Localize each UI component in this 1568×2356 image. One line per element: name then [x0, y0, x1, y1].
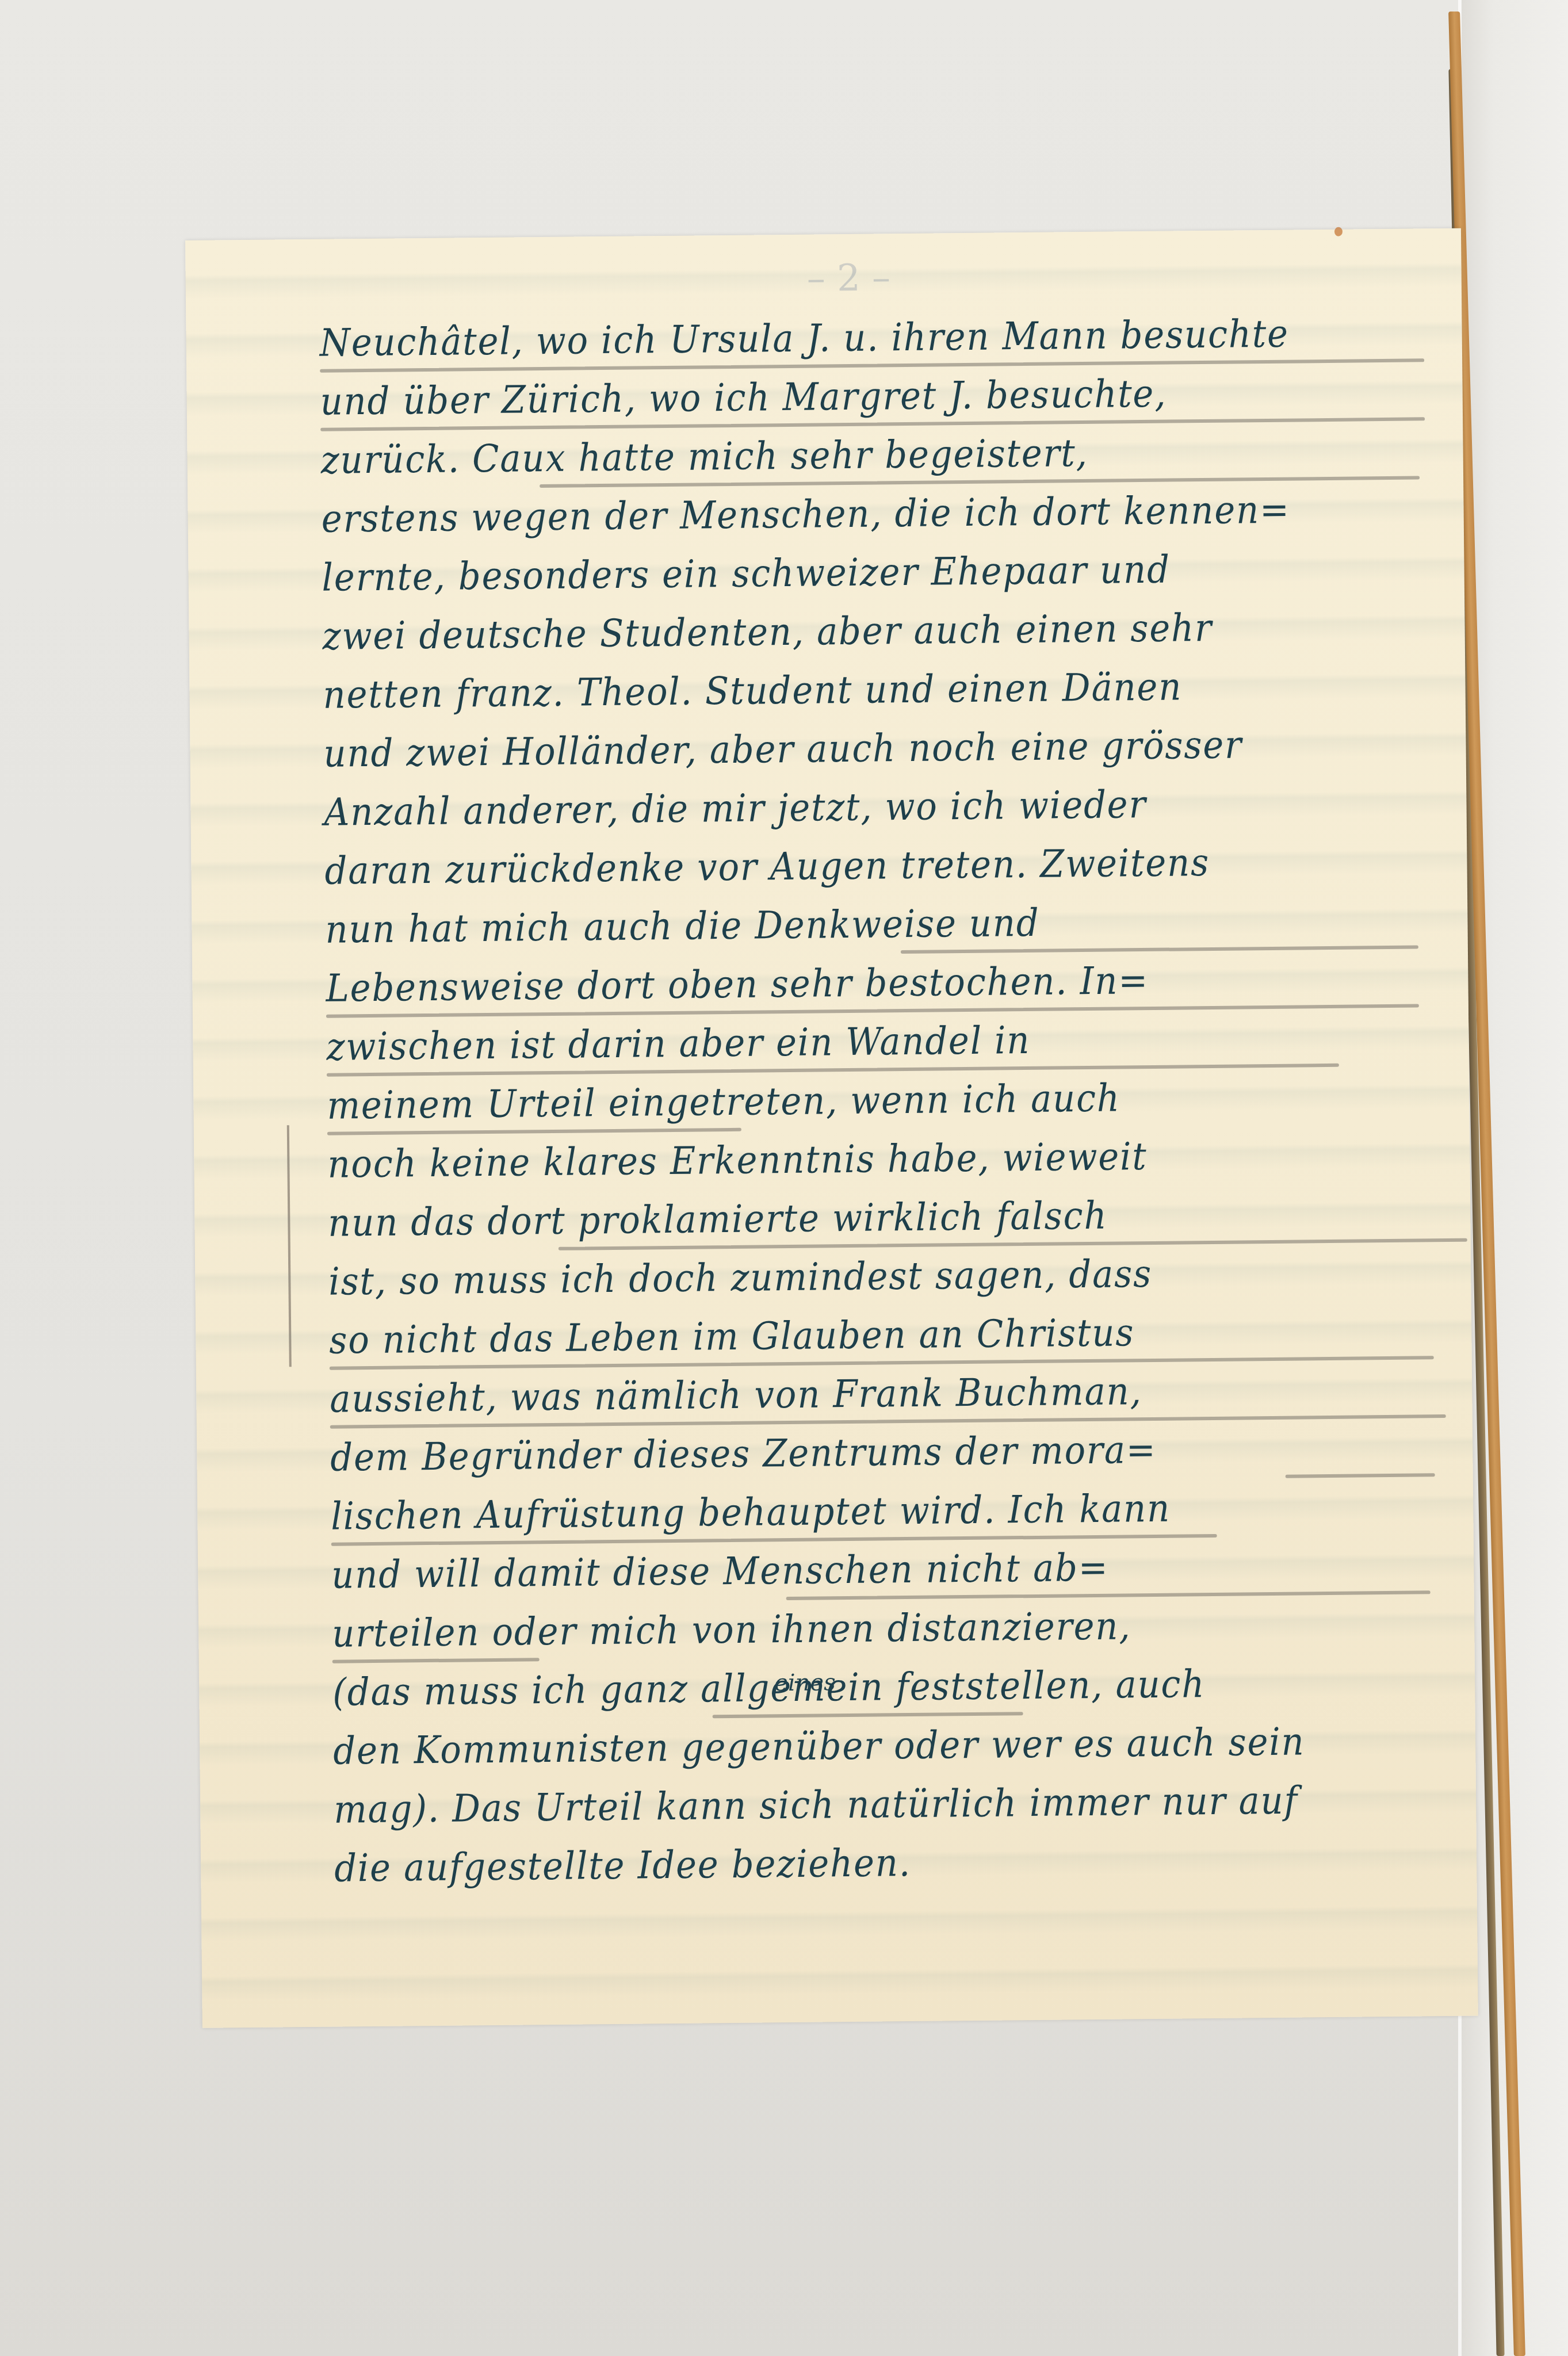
- text-line: zurück. Caux hatte mich sehr begeistert,: [320, 420, 1431, 490]
- text-line: und will damit diese Menschen nicht ab=: [331, 1535, 1442, 1605]
- text-line: den Kommunisten gegenüber oder wer es au…: [333, 1711, 1444, 1781]
- text-line: nun hat mich auch die Denkweise und: [325, 890, 1436, 959]
- page-marker: – 2 –: [806, 257, 890, 300]
- text-line: zwischen ist darin aber ein Wandel in: [326, 1007, 1437, 1077]
- letter-page: – 2 – eines Neuchâtel, wo ich Ursula J. …: [185, 228, 1478, 2028]
- text-line: und zwei Holländer, aber auch noch eine …: [323, 714, 1434, 783]
- letter-body: Neuchâtel, wo ich Ursula J. u. ihren Man…: [319, 303, 1444, 1898]
- photo-scene: – 2 – eines Neuchâtel, wo ich Ursula J. …: [0, 0, 1568, 2356]
- text-line: ist, so muss ich doch zumindest sagen, d…: [328, 1242, 1439, 1311]
- text-line: meinem Urteil eingetreten, wenn ich auch: [327, 1066, 1437, 1135]
- text-line: lischen Aufrüstung behauptet wird. Ich k…: [331, 1477, 1441, 1546]
- text-line: Lebensweise dort oben sehr bestochen. In…: [326, 948, 1436, 1018]
- text-line: nun das dort proklamierte wirklich falsc…: [328, 1183, 1439, 1253]
- text-line: Neuchâtel, wo ich Ursula J. u. ihren Man…: [319, 303, 1430, 373]
- text-line: urteilen oder mich von ihnen distanziere…: [332, 1594, 1443, 1663]
- text-line: erstens wegen der Menschen, die ich dort…: [321, 479, 1432, 549]
- text-line: die aufgestellte Idee beziehen.: [334, 1829, 1445, 1898]
- text-line: daran zurückdenke vor Augen treten. Zwei…: [324, 831, 1435, 901]
- text-line: so nicht das Leben im Glauben an Christu…: [329, 1301, 1440, 1370]
- text-line: dem Begründer dieses Zentrums der mora=: [330, 1418, 1441, 1487]
- text-line: Anzahl anderer, die mir jetzt, wo ich wi…: [324, 772, 1435, 842]
- text-line: mag). Das Urteil kann sich natürlich imm…: [334, 1770, 1444, 1839]
- margin-bracket: [287, 1125, 292, 1367]
- rust-stain: [1334, 227, 1343, 236]
- text-line: zwei deutsche Studenten, aber auch einen…: [322, 596, 1433, 666]
- text-line: netten franz. Theol. Student und einen D…: [323, 655, 1433, 725]
- text-line: lernte, besonders ein schweizer Ehepaar …: [322, 538, 1432, 607]
- text-line: aussieht, was nämlich von Frank Buchman,: [330, 1359, 1440, 1429]
- text-line: (das muss ich ganz allgemein feststellen…: [332, 1653, 1443, 1722]
- text-line: noch keine klares Erkenntnis habe, wiewe…: [327, 1125, 1438, 1194]
- text-line: und über Zürich, wo ich Margret J. besuc…: [320, 362, 1431, 431]
